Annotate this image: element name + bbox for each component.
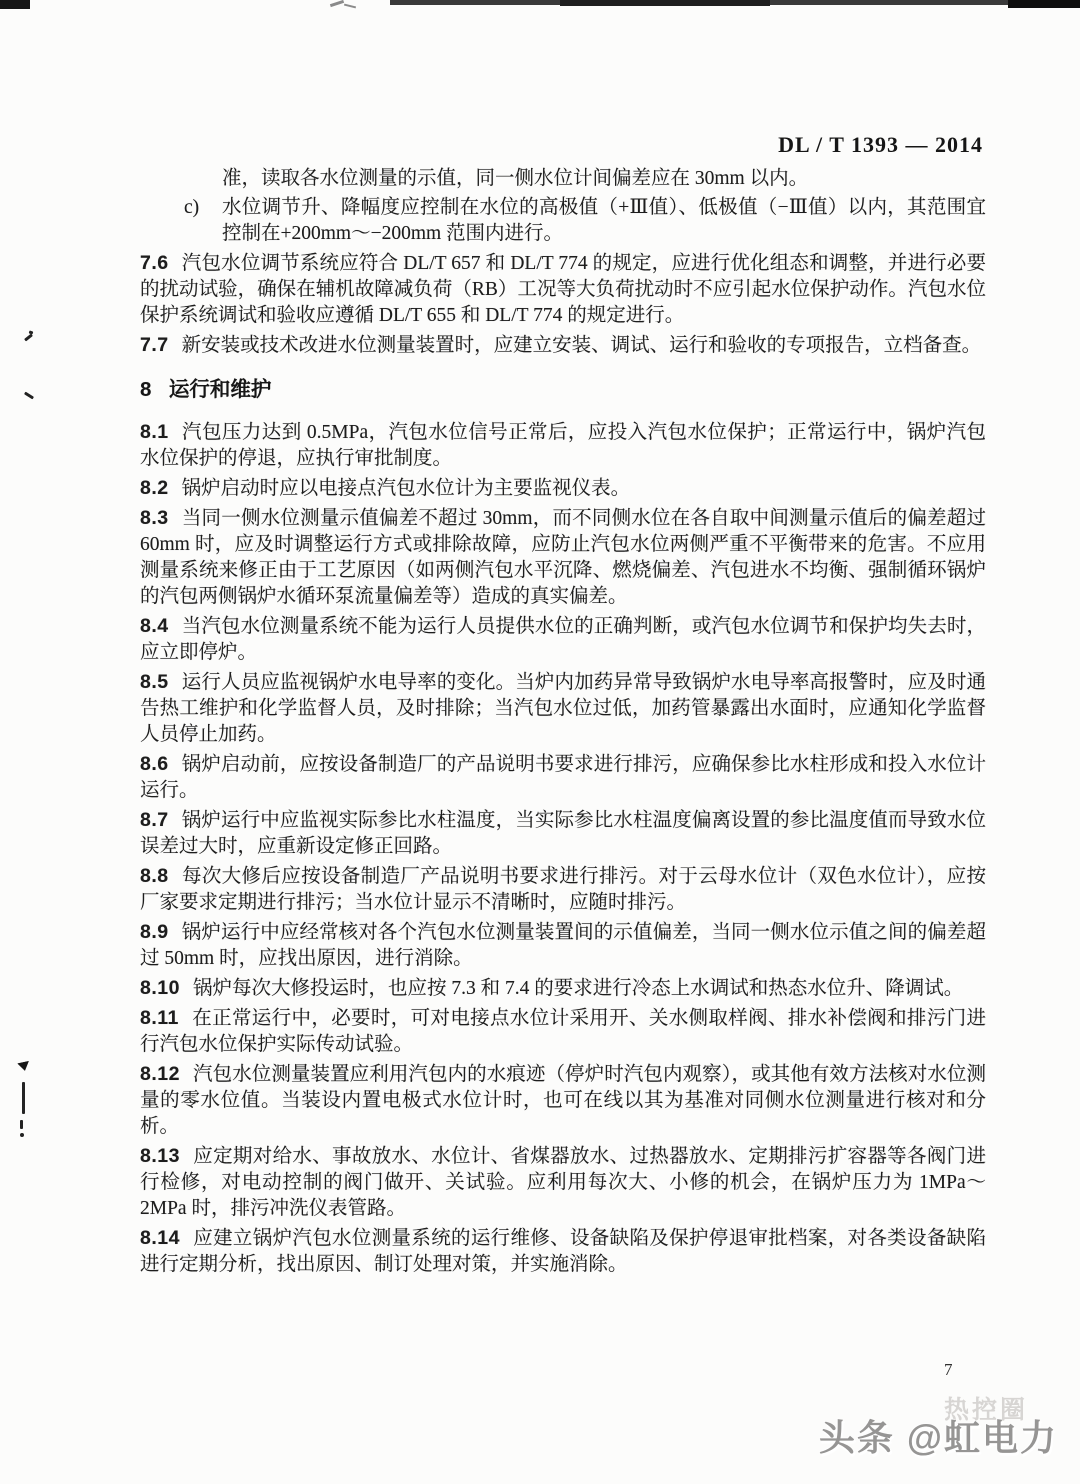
- clause-number: 8.1: [140, 421, 169, 443]
- clause-number: 8.4: [140, 615, 169, 637]
- clause-text: 汽包水位测量装置应利用汽包内的水痕迹（停炉时汽包内观察），或其他有效方法核对水位…: [140, 1064, 986, 1137]
- clause-7-7: 7.7新安装或技术改进水位测量装置时，应建立安装、调试、运行和验收的专项报告，立…: [140, 332, 986, 359]
- clause-text: 当汽包水位测量系统不能为运行人员提供水位的正确判断，或汽包水位调节和保护均失去时…: [140, 616, 986, 663]
- scan-mark: [24, 334, 33, 342]
- clause-number: 7.7: [140, 334, 169, 356]
- page-number: 7: [944, 1360, 953, 1380]
- scan-mark: [330, 0, 344, 7]
- list-item-c: c)水位调节升、降幅度应控制在水位的高极值（+Ⅲ值）、低极值（−Ⅲ值）以内，其范…: [140, 195, 986, 247]
- section-title: 运行和维护: [169, 378, 272, 401]
- clause-8-9: 8.9锅炉运行中应经常核对各个汽包水位测量装置间的示值偏差，当同一侧水位示值之间…: [140, 919, 986, 972]
- list-item-c-text: 水位调节升、降幅度应控制在水位的高极值（+Ⅲ值）、低极值（−Ⅲ值）以内，其范围宜…: [222, 197, 986, 244]
- clause-number: 8.7: [140, 809, 169, 831]
- clause-8-7: 8.7锅炉运行中应监视实际参比水柱温度，当实际参比水柱温度偏离设置的参比温度值而…: [140, 807, 986, 860]
- scan-mark: [20, 1133, 24, 1137]
- clause-number: 8.13: [140, 1145, 180, 1167]
- clause-text: 应定期对给水、事故放水、水位计、省煤器放水、过热器放水、定期排污扩容器等各阀门进…: [140, 1146, 986, 1219]
- clause-number: 8.2: [140, 477, 169, 499]
- clause-text: 锅炉启动前，应按设备制造厂的产品说明书要求进行排污，应确保参比水柱形成和投入水位…: [140, 754, 986, 801]
- clause-text: 新安装或技术改进水位测量装置时，应建立安装、调试、运行和验收的专项报告，立档备查…: [182, 335, 982, 356]
- clause-text: 锅炉运行中应经常核对各个汽包水位测量装置间的示值偏差，当同一侧水位示值之间的偏差…: [140, 922, 986, 969]
- scan-mark: [17, 1061, 31, 1072]
- clause-text: 在正常运行中，必要时，可对电接点水位计采用开、关水侧取样阀、排水补偿阀和排污门进…: [140, 1008, 986, 1055]
- clause-8-5: 8.5运行人员应监视锅炉水电导率的变化。当炉内加药异常导致锅炉水电导率高报警时，…: [140, 669, 986, 748]
- clause-8-6: 8.6锅炉启动前，应按设备制造厂的产品说明书要求进行排污，应确保参比水柱形成和投…: [140, 751, 986, 804]
- scan-mark: [344, 4, 356, 9]
- watermark: 头条 @虹电力: [819, 1410, 1058, 1461]
- clause-text: 应建立锅炉汽包水位测量系统的运行维修、设备缺陷及保护停退审批档案，对各类设备缺陷…: [140, 1228, 986, 1275]
- clause-8-3: 8.3当同一侧水位测量示值偏差不超过 30mm，而不同侧水位在各自取中间测量示值…: [140, 505, 986, 610]
- clause-8-12: 8.12汽包水位测量装置应利用汽包内的水痕迹（停炉时汽包内观察），或其他有效方法…: [140, 1061, 986, 1140]
- clause-number: 8.8: [140, 865, 169, 887]
- scan-mark: [20, 1120, 23, 1129]
- document-page: DL / T 1393 — 2014 准，读取各水位测量的示值，同一侧水位计间偏…: [0, 0, 1080, 1484]
- scan-edge-mark: [0, 0, 30, 9]
- list-item-c-label: c): [184, 195, 199, 221]
- clause-text: 汽包压力达到 0.5MPa，汽包水位信号正常后，应投入汽包水位保护；正常运行中，…: [140, 422, 986, 469]
- clause-8-4: 8.4当汽包水位测量系统不能为运行人员提供水位的正确判断，或汽包水位调节和保护均…: [140, 613, 986, 666]
- clause-number: 8.9: [140, 921, 169, 943]
- clause-text: 汽包水位调节系统应符合 DL/T 657 和 DL/T 774 的规定，应进行优…: [140, 253, 986, 326]
- paragraph-continuation: 准，读取各水位测量的示值，同一侧水位计间偏差应在 30mm 以内。: [140, 166, 986, 192]
- scan-mark: [24, 392, 34, 400]
- clause-number: 8.11: [140, 1007, 179, 1029]
- clause-7-6: 7.6汽包水位调节系统应符合 DL/T 657 和 DL/T 774 的规定，应…: [140, 250, 986, 329]
- clause-text: 当同一侧水位测量示值偏差不超过 30mm，而不同侧水位在各自取中间测量示值后的偏…: [140, 508, 986, 607]
- clause-text: 锅炉运行中应监视实际参比水柱温度，当实际参比水柱温度偏离设置的参比温度值而导致水…: [140, 810, 986, 857]
- section-number: 8: [140, 378, 152, 401]
- clause-8-1: 8.1汽包压力达到 0.5MPa，汽包水位信号正常后，应投入汽包水位保护；正常运…: [140, 419, 986, 472]
- clause-8-10: 8.10锅炉每次大修投运时，也应按 7.3 和 7.4 的要求进行冷态上水调试和…: [140, 975, 986, 1002]
- clause-number: 8.5: [140, 671, 169, 693]
- clause-8-8: 8.8每次大修后应按设备制造厂产品说明书要求进行排污。对于云母水位计（双色水位计…: [140, 863, 986, 916]
- clause-text: 锅炉启动时应以电接点汽包水位计为主要监视仪表。: [182, 478, 631, 499]
- clause-8-11: 8.11在正常运行中，必要时，可对电接点水位计采用开、关水侧取样阀、排水补偿阀和…: [140, 1005, 986, 1058]
- clause-8-2: 8.2锅炉启动时应以电接点汽包水位计为主要监视仪表。: [140, 475, 986, 502]
- scan-edge-mark: [560, 0, 770, 6]
- clause-number: 7.6: [140, 252, 169, 274]
- document-body: 准，读取各水位测量的示值，同一侧水位计间偏差应在 30mm 以内。 c)水位调节…: [140, 166, 986, 1281]
- clause-number: 8.3: [140, 507, 169, 529]
- scan-edge-mark: [1008, 0, 1080, 8]
- clause-number: 8.10: [140, 977, 180, 999]
- clause-8-13: 8.13应定期对给水、事故放水、水位计、省煤器放水、过热器放水、定期排污扩容器等…: [140, 1143, 986, 1222]
- clause-text: 每次大修后应按设备制造厂产品说明书要求进行排污。对于云母水位计（双色水位计），应…: [140, 866, 986, 913]
- section-8-heading: 8运行和维护: [140, 372, 986, 402]
- clause-text: 运行人员应监视锅炉水电导率的变化。当炉内加药异常导致锅炉水电导率高报警时，应及时…: [140, 672, 986, 745]
- scan-mark: [22, 1082, 25, 1114]
- clause-number: 8.14: [140, 1227, 180, 1249]
- clause-number: 8.6: [140, 753, 169, 775]
- clause-8-14: 8.14应建立锅炉汽包水位测量系统的运行维修、设备缺陷及保护停退审批档案，对各类…: [140, 1225, 986, 1278]
- clause-text: 锅炉每次大修投运时，也应按 7.3 和 7.4 的要求进行冷态上水调试和热态水位…: [193, 978, 963, 999]
- standard-number-header: DL / T 1393 — 2014: [778, 132, 983, 158]
- clause-number: 8.12: [140, 1063, 180, 1085]
